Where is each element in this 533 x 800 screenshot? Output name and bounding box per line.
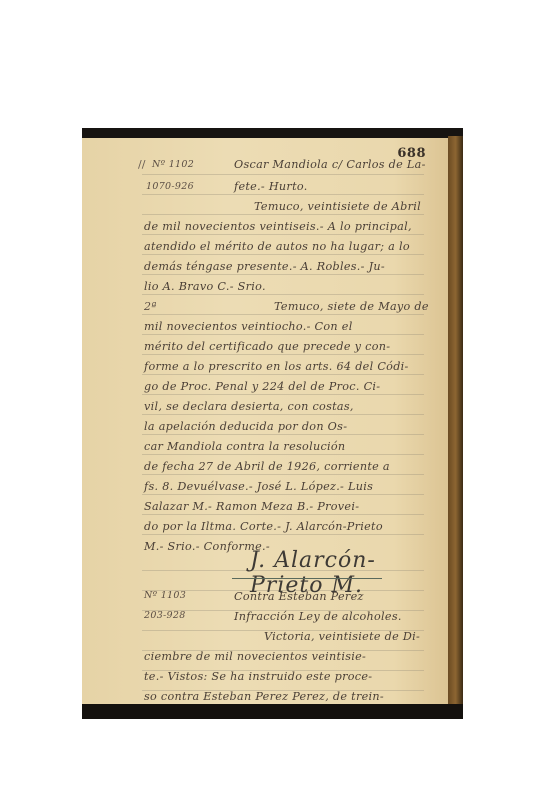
ruled-line — [142, 354, 424, 355]
ruled-line — [142, 454, 424, 455]
entry-heading-line: Contra Esteban Perez — [234, 590, 364, 603]
entry-body-line: car Mandiola contra la resolución — [144, 440, 345, 453]
ruled-line — [142, 414, 424, 415]
ruled-line — [142, 434, 424, 435]
ledger-page: 688 // Nº 1102 1070-926 Oscar Mandiola c… — [82, 138, 448, 704]
entry-body-line: fs. 8. Devuélvase.- José L. López.- Luis — [144, 480, 373, 493]
ruled-line — [142, 394, 424, 395]
ruled-line — [142, 214, 424, 215]
entry-body-line: mérito del certificado que precede y con… — [144, 340, 390, 353]
ruled-line — [142, 314, 424, 315]
start-mark: // — [138, 158, 145, 171]
ruled-line — [142, 254, 424, 255]
scanned-ledger-photo: 688 // Nº 1102 1070-926 Oscar Mandiola c… — [82, 128, 463, 719]
entry-body-line: demás téngase presente.- A. Robles.- Ju- — [144, 260, 385, 273]
entry-body-line: Temuco, siete de Mayo de — [274, 300, 429, 313]
entry-body-line: atendido el mérito de autos no ha lugar;… — [144, 240, 410, 253]
entry-heading-line: fete.- Hurto. — [234, 180, 308, 193]
ruled-line — [142, 194, 424, 195]
entry-reference: 203-928 — [144, 610, 186, 621]
signature-underline — [232, 578, 382, 579]
entry-body-line: Victoria, veintisiete de Di- — [264, 630, 420, 643]
entry-body-line: la apelación deducida por don Os- — [144, 420, 347, 433]
entry-body-line: te.- Vistos: Se ha instruido este proce- — [144, 670, 372, 683]
entry-heading-line: Oscar Mandiola c/ Carlos de La- — [234, 158, 426, 171]
ruled-line — [142, 474, 424, 475]
entry-body-line: forme a lo prescrito en los arts. 64 del… — [144, 360, 409, 373]
book-spine — [448, 136, 463, 706]
ruled-line — [142, 234, 424, 235]
ruled-line — [142, 514, 424, 515]
entry-body-line: mil novecientos veintiocho.- Con el — [144, 320, 353, 333]
entry-body-line: vil, se declara desierta, con costas, — [144, 400, 354, 413]
ruled-line — [142, 174, 424, 175]
entry-body-line: lio A. Bravo C.- Srio. — [144, 280, 266, 293]
top-dark-border — [82, 128, 463, 138]
entry-body-line: Salazar M.- Ramon Meza B.- Provei- — [144, 500, 359, 513]
bottom-dark-border — [82, 704, 463, 719]
ruled-line — [142, 274, 424, 275]
entry-number: Nº 1103 — [144, 590, 186, 601]
entry-body-line: Temuco, veintisiete de Abril — [254, 200, 421, 213]
entry-body-line: ciembre de mil novecientos veintisie- — [144, 650, 366, 663]
entry-body-line: go de Proc. Penal y 224 del de Proc. Ci- — [144, 380, 380, 393]
ruled-line — [142, 494, 424, 495]
ruled-line — [142, 294, 424, 295]
entry-body-line: so contra Esteban Perez Perez, de trein- — [144, 690, 384, 703]
entry-reference: 1070-926 — [146, 181, 194, 192]
entry-body-line: do por la Iltma. Corte.- J. Alarcón-Prie… — [144, 520, 383, 533]
ruled-line — [142, 374, 424, 375]
entry-body-line: de mil novecientos veintiseis.- A lo pri… — [144, 220, 412, 233]
entry-number: Nº 1102 — [152, 159, 194, 170]
entry-number: 2ª — [144, 300, 157, 313]
ruled-line — [142, 334, 424, 335]
entry-body-line: de fecha 27 de Abril de 1926, corriente … — [144, 460, 390, 473]
ruled-line — [142, 534, 424, 535]
entry-heading-line: Infracción Ley de alcoholes. — [234, 610, 402, 623]
